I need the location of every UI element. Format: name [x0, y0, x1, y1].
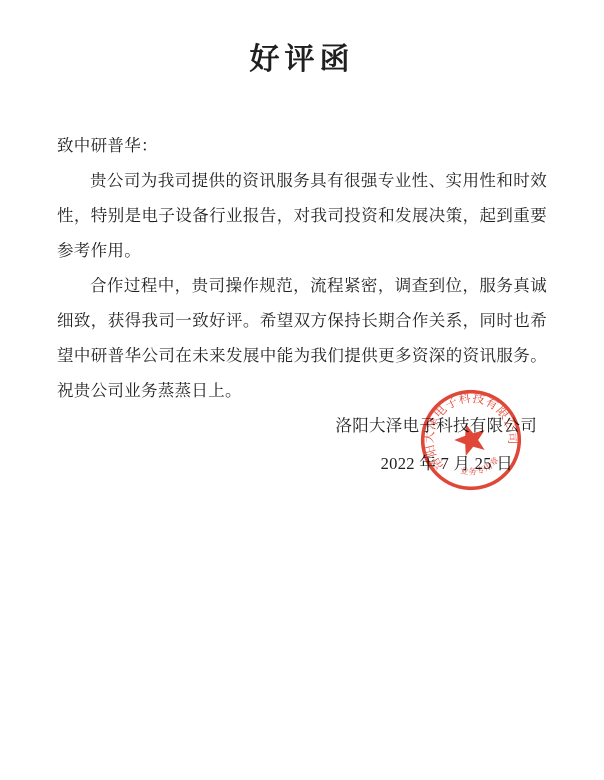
- signature-date: 2022 年 7 月 25 日: [57, 446, 547, 481]
- letter-page: 好评函 致中研普华： 贵公司为我司提供的资讯服务具有很强专业性、实用性和时效性，…: [0, 0, 604, 780]
- letter-title: 好评函: [0, 0, 604, 78]
- letter-body: 致中研普华： 贵公司为我司提供的资讯服务具有很强专业性、实用性和时效性，特别是电…: [57, 128, 547, 481]
- paragraph-2: 合作过程中，贵司操作规范，流程紧密，调查到位，服务真诚细致，获得我司一致好评。希…: [57, 268, 547, 408]
- paragraph-1: 贵公司为我司提供的资讯服务具有很强专业性、实用性和时效性，特别是电子设备行业报告…: [57, 163, 547, 268]
- salutation: 致中研普华：: [57, 128, 547, 163]
- signature-company: 洛阳大泽电子科技有限公司: [57, 408, 547, 443]
